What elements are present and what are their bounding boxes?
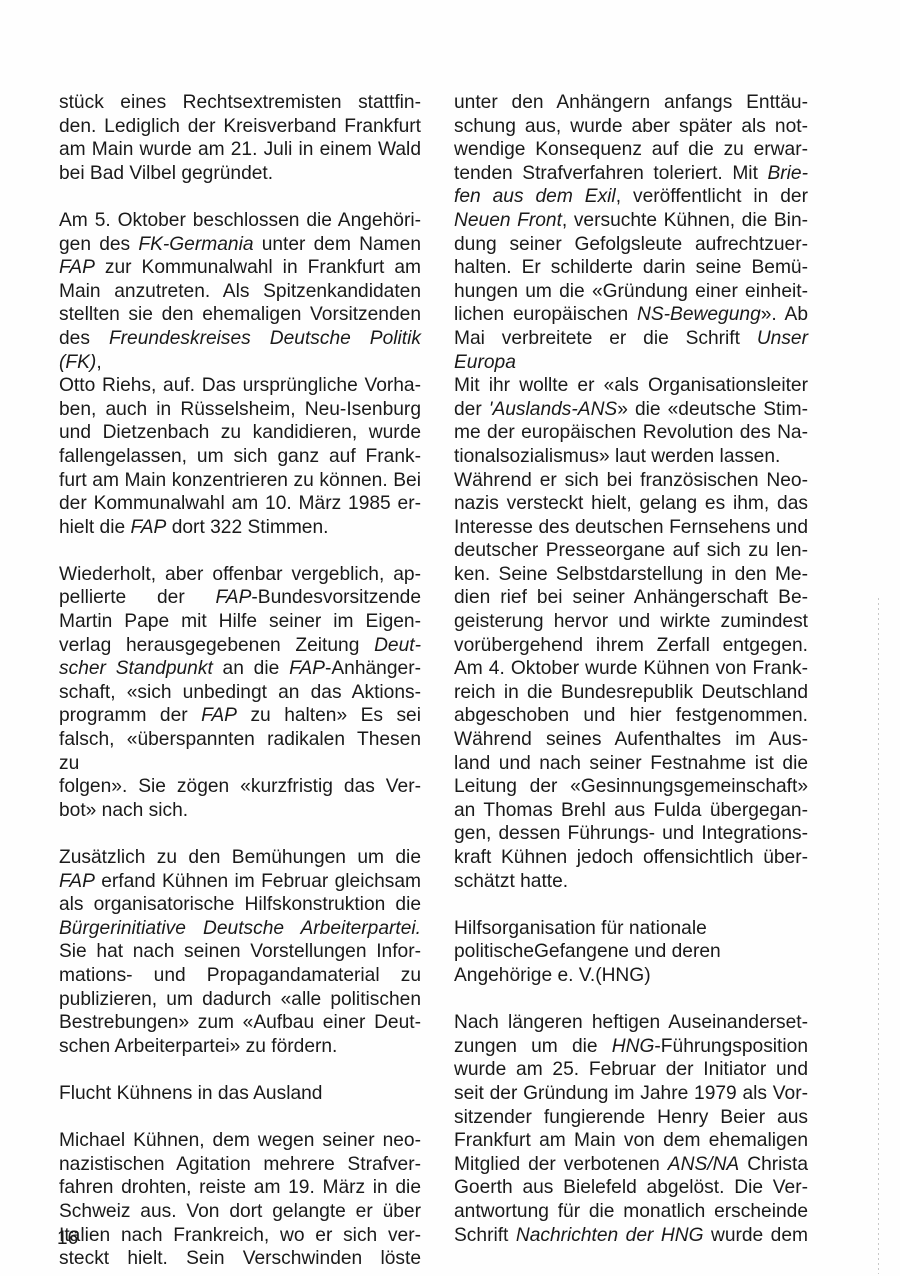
text-line: folgen». Sie zögen «kurzfristig das Ver- — [59, 775, 421, 799]
text-line: Otto Riehs, auf. Das ursprüngliche Vorha… — [59, 374, 421, 398]
text-line: reich in die Bundesrepublik Deutschland — [454, 681, 808, 705]
text-line: steckt hielt. Sein Verschwinden löste — [59, 1247, 421, 1271]
text-line: lichen europäischen NS-Bewegung». Ab — [454, 303, 808, 327]
text-line: des Freundeskreises Deutsche Politik (FK… — [59, 327, 421, 374]
text-line: bot» nach sich. — [59, 799, 421, 823]
text-line: Schweiz aus. Von dort gelangte er über — [59, 1200, 421, 1224]
text-line: schen Arbeiterpartei» zu fördern. — [59, 1035, 421, 1059]
paragraph-kuehnen-flight: Michael Kühnen, dem wegen seiner neo-naz… — [59, 1129, 421, 1271]
text-line: halten. Er schilderte darin seine Bemü- — [454, 256, 808, 280]
text-line: publizieren, um dadurch «alle politische… — [59, 988, 421, 1012]
text-line: der 'Auslands-ANS» die «deutsche Stim- — [454, 398, 808, 422]
text-line: fen aus dem Exil, veröffentlicht in der — [454, 185, 808, 209]
text-line: Main anzutreten. Als Spitzenkandidaten — [59, 280, 421, 304]
text-line: sitzender fungierende Henry Beier aus — [454, 1106, 808, 1130]
paragraph-kreisverband: stück eines Rechtsextremisten stattfin-d… — [59, 91, 421, 185]
scan-artifact-line — [878, 598, 879, 1274]
text-line: Schrift Nachrichten der HNG wurde dem — [454, 1224, 808, 1248]
text-line: Sie hat nach seinen Vorstellungen Infor- — [59, 940, 421, 964]
text-line: an Thomas Brehl aus Fulda übergegan- — [454, 799, 808, 823]
text-line: Während er sich bei französischen Neo- — [454, 469, 808, 493]
text-line: mations- und Propagandamaterial zu — [59, 964, 421, 988]
text-line: tenden Strafverfahren toleriert. Mit Bri… — [454, 162, 808, 186]
text-line: hungen um die «Gründung einer einheit- — [454, 280, 808, 304]
text-line: schaft, «sich unbedingt an das Aktions- — [59, 681, 421, 705]
text-line: zungen um die HNG-Führungsposition — [454, 1035, 808, 1059]
text-line: (HNG) — [595, 965, 650, 986]
text-line: abgeschoben und hier festgenommen. — [454, 704, 808, 728]
text-line: ben, auch in Rüsselsheim, Neu-Isenburg — [59, 398, 421, 422]
text-line: pellierte der FAP-Bundesvorsitzende — [59, 586, 421, 610]
text-line: verlag herausgegebenen Zeitung Deut- — [59, 634, 421, 658]
text-line: den. Lediglich der Kreisverband Frankfur… — [59, 115, 421, 139]
text-line: stück eines Rechtsextremisten stattfin- — [59, 91, 421, 115]
text-line: Frankfurt am Main von dem ehemaligen — [454, 1129, 808, 1153]
text-line: Nach längeren heftigen Auseinanderset- — [454, 1011, 808, 1035]
text-line: Italien nach Frankreich, wo er sich ver- — [59, 1224, 421, 1248]
text-line: am Main wurde am 21. Juli in einem Wald — [59, 138, 421, 162]
text-line: seit der Gründung im Jahre 1979 als Vor- — [454, 1082, 808, 1106]
paragraph-buergerinitiative: Zusätzlich zu den Bemühungen um dieFAP e… — [59, 846, 421, 1058]
text-line: unter den Anhängern anfangs Enttäu- — [454, 91, 808, 115]
text-line: dien rief bei seiner Anhängerschaft Be- — [454, 586, 808, 610]
text-line: geisterung hervor und wirkte zumindest — [454, 610, 808, 634]
text-line: me der europäischen Revolution des Na- — [454, 421, 808, 445]
paragraph-pape-appeal: Wiederholt, aber offenbar vergeblich, ap… — [59, 563, 421, 823]
text-line: ken. Seine Selbstdarstellung in den Me- — [454, 563, 808, 587]
text-line: stellten sie den ehemaligen Vorsitzenden — [59, 303, 421, 327]
text-line: wendige Konsequenz auf die zu erwar- — [454, 138, 808, 162]
text-line: gen, dessen Führungs- und Integrations- — [454, 822, 808, 846]
text-line: nazistischen Agitation mehrere Strafver- — [59, 1153, 421, 1177]
text-line: Michael Kühnen, dem wegen seiner neo- — [59, 1129, 421, 1153]
text-line: antwortung für die monatlich erscheinde — [454, 1200, 808, 1224]
text-line: falsch, «überspannten radikalen Thesen z… — [59, 728, 421, 775]
text-line: Neuen Front, versuchte Kühnen, die Bin- — [454, 209, 808, 233]
text-line: fallengelassen, um sich ganz auf Frank- — [59, 445, 421, 469]
text-line: Mai verbreitete er die Schrift Unser Eur… — [454, 327, 808, 374]
text-line: Mit ihr wollte er «als Organisationsleit… — [454, 374, 808, 398]
text-line: nazis versteckt hielt, gelang es ihm, da… — [454, 492, 808, 516]
text-line: Zusätzlich zu den Bemühungen um die — [59, 846, 421, 870]
text-line: Bestrebungen» zum «Aufbau einer Deut- — [59, 1011, 421, 1035]
text-line: Am 4. Oktober wurde Kühnen von Frank- — [454, 657, 808, 681]
text-line: hielt die FAP dort 322 Stimmen. — [59, 516, 421, 540]
text-line: tionalsozialismus» laut werden lassen. — [454, 445, 808, 469]
text-line: schätzt hatte. — [454, 870, 808, 894]
text-line: Bürgerinitiative Deutsche Arbeiterpartei… — [59, 917, 421, 941]
text-line: Mitglied der verbotenen ANS/NA Christa — [454, 1153, 808, 1177]
text-line: deutscher Presseorgane auf sich zu len- — [454, 539, 808, 563]
page-number: 16 — [57, 1228, 78, 1250]
text-line: Goerth aus Bielefeld abgelöst. Die Ver- — [454, 1176, 808, 1200]
text-line: schung aus, wurde aber später als not- — [454, 115, 808, 139]
paragraph-exile-letters: unter den Anhängern anfangs Enttäu-schun… — [454, 91, 808, 469]
text-line: Wiederholt, aber offenbar vergeblich, ap… — [59, 563, 421, 587]
text-line: FAP erfand Kühnen im Februar gleichsam — [59, 870, 421, 894]
text-line: und Dietzenbach zu kandidieren, wurde — [59, 421, 421, 445]
text-line: dung seiner Gefolgsleute aufrechtzuer- — [454, 233, 808, 257]
text-line: vorübergehend ihrem Zerfall entgegen. — [454, 634, 808, 658]
text-line: Interesse des deutschen Fernsehens und — [454, 516, 808, 540]
text-line: gen des FK-Germania unter dem Namen — [59, 233, 421, 257]
paragraph-kommunalwahl: Am 5. Oktober beschlossen die Angehöri-g… — [59, 209, 421, 539]
paragraph-hng-leadership: Nach längeren heftigen Auseinanderset-zu… — [454, 1011, 808, 1247]
section-heading-hng: Hilfsorganisation für nationale politisc… — [454, 917, 808, 988]
text-line: Martin Pape mit Hilfe seiner im Eigen- — [59, 610, 421, 634]
right-column: unter den Anhängern anfangs Enttäu-schun… — [454, 91, 808, 1247]
text-line: FAP zur Kommunalwahl in Frankfurt am — [59, 256, 421, 280]
text-line: Am 5. Oktober beschlossen die Angehöri- — [59, 209, 421, 233]
text-line: fahren drohten, reiste am 19. März in di… — [59, 1176, 421, 1200]
text-line: scher Standpunkt an die FAP-Anhänger- — [59, 657, 421, 681]
text-line: furt am Main konzentrieren zu können. Be… — [59, 469, 421, 493]
text-line: programm der FAP zu halten» Es sei — [59, 704, 421, 728]
paragraph-media-deportation: Während er sich bei französischen Neo-na… — [454, 469, 808, 894]
text-line: Während seines Aufenthaltes im Aus- — [454, 728, 808, 752]
section-heading-flucht: Flucht Kühnens in das Ausland — [59, 1082, 421, 1106]
text-line: bei Bad Vilbel gegründet. — [59, 162, 421, 186]
document-page: stück eines Rechtsextremisten stattfin-d… — [0, 0, 900, 1276]
text-line: Leitung der «Gesinnungsgemeinschaft» — [454, 775, 808, 799]
text-line: kraft Kühnen jedoch offensichtlich über- — [454, 846, 808, 870]
left-column: stück eines Rechtsextremisten stattfin-d… — [59, 91, 421, 1271]
text-line: als organisatorische Hilfskonstruktion d… — [59, 893, 421, 917]
text-line: der Kommunalwahl am 10. März 1985 er- — [59, 492, 421, 516]
text-line: land und nach seiner Festnahme ist die — [454, 752, 808, 776]
text-line: wurde am 25. Februar der Initiator und — [454, 1058, 808, 1082]
